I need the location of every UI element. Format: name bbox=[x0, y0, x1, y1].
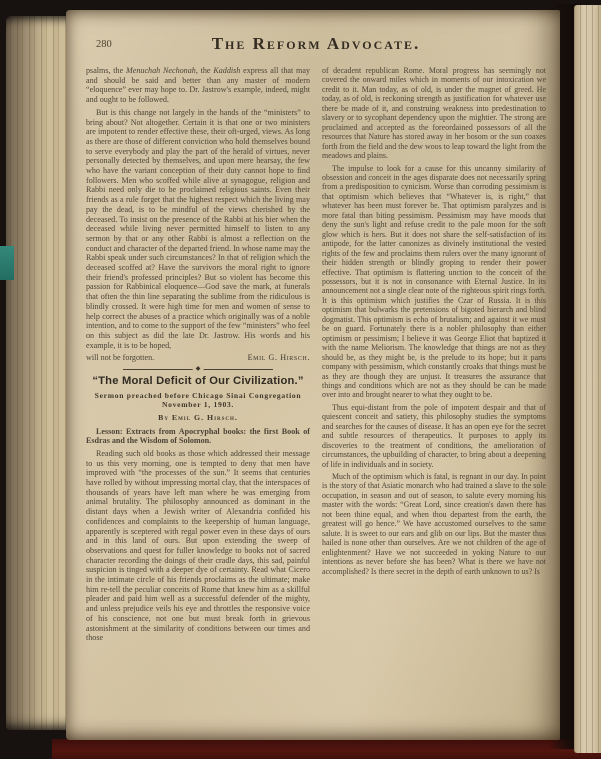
lesson-note: Lesson: Extracts from Apocryphal books: … bbox=[86, 427, 310, 446]
paragraph-impulse-optimism: The impulse to look for a cause for this… bbox=[322, 164, 546, 400]
page-header: 280 The Reform Advocate. bbox=[86, 34, 546, 60]
subtitle-line-2: November 1, 1903. bbox=[162, 400, 234, 409]
article-signature-row: will not be forgotten. Emil G. Hirsch. bbox=[86, 353, 310, 363]
author-signature: Emil G. Hirsch. bbox=[248, 353, 310, 363]
section-divider: ◆ bbox=[123, 365, 273, 374]
page-number: 280 bbox=[96, 39, 112, 50]
article-title: “The Moral Deficit of Our Civilization.” bbox=[86, 377, 310, 387]
article-byline: By Emil G. Hirsch. bbox=[86, 413, 310, 423]
bookmark-ribbon bbox=[0, 246, 14, 280]
masthead-title: The Reform Advocate. bbox=[86, 34, 546, 54]
book-cover-bottom-edge bbox=[52, 739, 601, 759]
paragraph-equidistant-philosophy: Thus equi-distant from the pole of impot… bbox=[322, 403, 546, 469]
right-column: of decadent republican Rome. Moral progr… bbox=[322, 66, 546, 646]
facing-page-edge bbox=[574, 5, 601, 753]
paragraph-decadent-rome: of decadent republican Rome. Moral progr… bbox=[322, 66, 546, 161]
paragraph-asiatic-monarch: Much of the optimism which is fatal, is … bbox=[322, 472, 546, 576]
text-columns: psalms, the Menuchah Nechonah, the Kaddi… bbox=[86, 66, 546, 646]
closing-line: will not be forgotten. bbox=[86, 353, 154, 363]
left-column: psalms, the Menuchah Nechonah, the Kaddi… bbox=[86, 66, 310, 646]
divider-ornament-icon: ◆ bbox=[193, 364, 204, 374]
book-scan-scene: 280 The Reform Advocate. psalms, the Men… bbox=[0, 0, 601, 759]
paragraph-psalms-continuation: psalms, the Menuchah Nechonah, the Kaddi… bbox=[86, 66, 310, 105]
paragraph-ministers-change: But is this change not largely in the ha… bbox=[86, 108, 310, 351]
subtitle-line-1: Sermon preached before Chicago Sinai Con… bbox=[95, 391, 302, 400]
paragraph-reading-old-books: Reading such old books as those which ad… bbox=[86, 449, 310, 643]
article-subtitle: Sermon preached before Chicago Sinai Con… bbox=[86, 391, 310, 410]
scanned-page: 280 The Reform Advocate. psalms, the Men… bbox=[66, 10, 560, 740]
